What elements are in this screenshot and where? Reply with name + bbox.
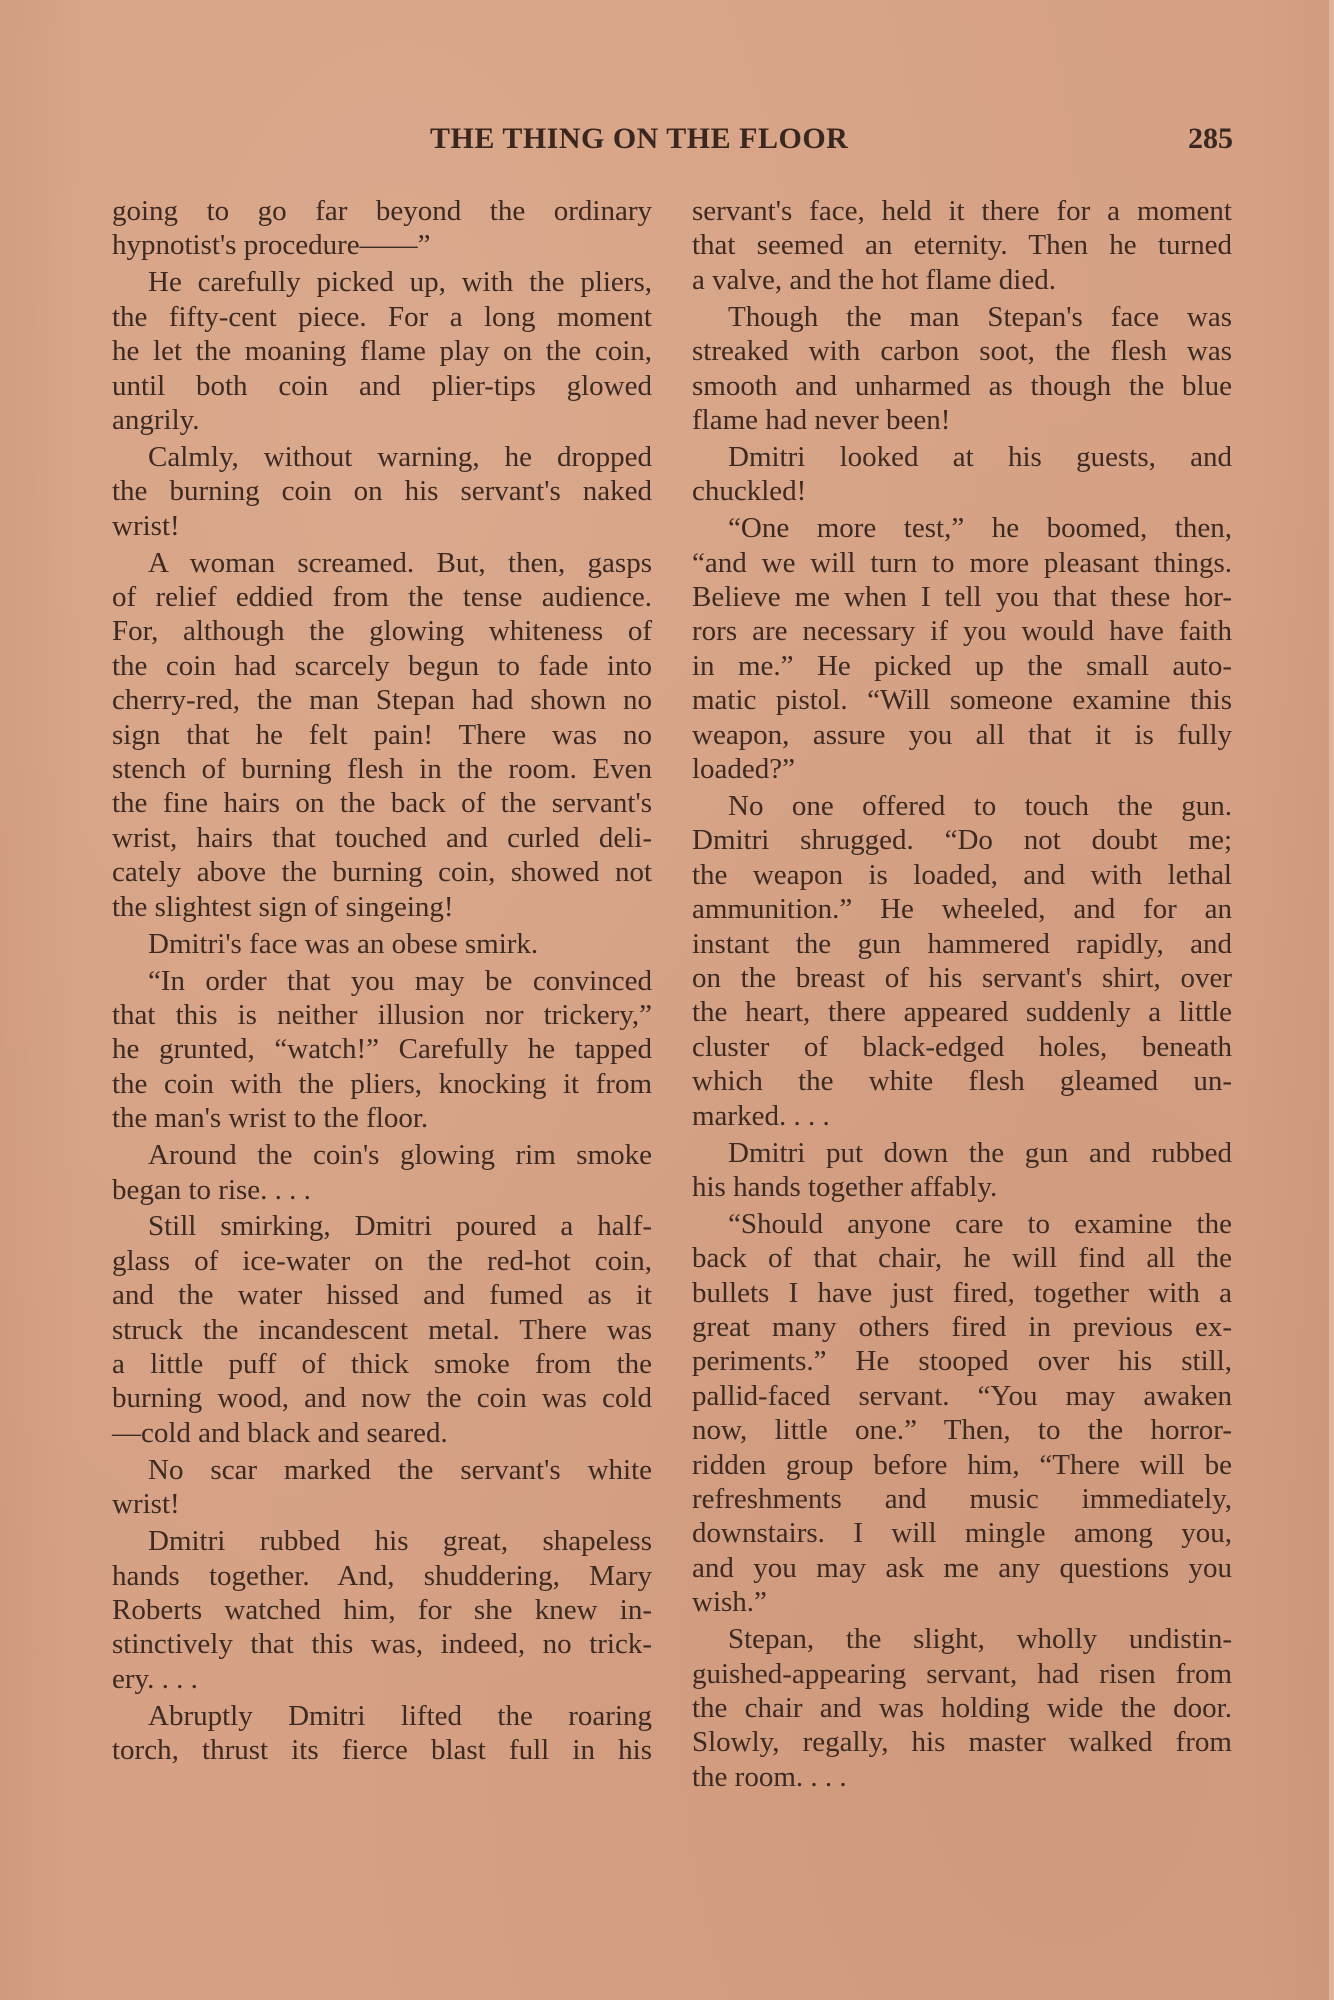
text-line: periments.” He stooped over his still, [692,1344,1232,1378]
text-line: sign that he felt pain! There was no [112,718,652,752]
text-line: Still smirking, Dmitri poured a half- [112,1209,652,1243]
text-line: on the breast of his servant's shirt, ov… [692,961,1232,995]
text-line: the heart, there appeared suddenly a lit… [692,995,1232,1029]
running-title: THE THING ON THE FLOOR [430,122,848,156]
text-line: stinctively that this was, indeed, no tr… [112,1627,652,1661]
text-line: Abruptly Dmitri lifted the roaring [112,1699,652,1733]
text-line: No scar marked the servant's white [112,1453,652,1487]
right-column: servant's face, held it there for a mome… [692,194,1232,1797]
text-line: stench of burning flesh in the room. Eve… [112,752,652,786]
text-line: downstairs. I will mingle among you, [692,1516,1232,1550]
paragraph: Dmitri put down the gun and rubbedhis ha… [692,1136,1232,1205]
text-line: hands together. And, shuddering, Mary [112,1559,652,1593]
text-line: guished-appearing servant, had risen fro… [692,1657,1232,1691]
text-line: the fine hairs on the back of the servan… [112,786,652,820]
text-line: He carefully picked up, with the pliers, [112,265,652,299]
paragraph: Dmitri rubbed his great, shapelesshands … [112,1524,652,1696]
text-line: bullets I have just fired, together with… [692,1276,1232,1310]
text-line: Believe me when I tell you that these ho… [692,580,1232,614]
paragraph: Calmly, without warning, he droppedthe b… [112,440,652,543]
text-line: wrist! [112,509,652,543]
text-line: the slightest sign of singeing! [112,890,652,924]
paragraph: Though the man Stepan's face wasstreaked… [692,300,1232,438]
text-line: Though the man Stepan's face was [692,300,1232,334]
text-line: Slowly, regally, his master walked from [692,1725,1232,1759]
text-line: glass of ice-water on the red-hot coin, [112,1244,652,1278]
text-line: his hands together affably. [692,1170,1232,1204]
text-line: burning wood, and now the coin was cold [112,1381,652,1415]
text-line: Calmly, without warning, he dropped [112,440,652,474]
text-line: and the water hissed and fumed as it [112,1278,652,1312]
text-line: “Should anyone care to examine the [692,1207,1232,1241]
text-line: he let the moaning flame play on the coi… [112,334,652,368]
text-line: going to go far beyond the ordinary [112,194,652,228]
page-number: 285 [1188,122,1233,156]
paragraph: Abruptly Dmitri lifted the roaringtorch,… [112,1699,652,1768]
text-line: Dmitri looked at his guests, and [692,440,1232,474]
text-line: “One more test,” he boomed, then, [692,511,1232,545]
text-line: No one offered to touch the gun. [692,789,1232,823]
text-line: Dmitri's face was an obese smirk. [112,927,652,961]
paragraph: Still smirking, Dmitri poured a half-gla… [112,1209,652,1450]
text-line: pallid-faced servant. “You may awaken [692,1379,1232,1413]
book-page: THE THING ON THE FLOOR 285 going to go f… [0,0,1329,2000]
text-line: great many others fired in previous ex- [692,1310,1232,1344]
paragraph: No one offered to touch the gun.Dmitri s… [692,789,1232,1133]
text-line: cherry-red, the man Stepan had shown no [112,683,652,717]
text-line: back of that chair, he will find all the [692,1241,1232,1275]
text-line: servant's face, held it there for a mome… [692,194,1232,228]
running-head: THE THING ON THE FLOOR 285 [112,122,1233,166]
text-line: of relief eddied from the tense audience… [112,580,652,614]
text-line: now, little one.” Then, to the horror- [692,1413,1232,1447]
text-line: the man's wrist to the floor. [112,1101,652,1135]
text-line: marked. . . . [692,1099,1232,1133]
paragraph: No scar marked the servant's whitewrist! [112,1453,652,1522]
text-line: ery. . . . [112,1662,652,1696]
text-line: loaded?” [692,752,1232,786]
text-line: weapon, assure you all that it is fully [692,718,1232,752]
text-line: he grunted, “watch!” Carefully he tapped [112,1032,652,1066]
text-line: cluster of black-edged holes, beneath [692,1030,1232,1064]
paragraph: A woman screamed. But, then, gaspsof rel… [112,546,652,924]
text-line: matic pistol. “Will someone examine this [692,683,1232,717]
paragraph: “One more test,” he boomed, then,“and we… [692,511,1232,786]
text-line: ammunition.” He wheeled, and for an [692,892,1232,926]
paragraph: Around the coin's glowing rim smokebegan… [112,1138,652,1207]
text-line: Stepan, the slight, wholly undistin- [692,1622,1232,1656]
paragraph: Stepan, the slight, wholly undistin-guis… [692,1622,1232,1794]
text-line: struck the incandescent metal. There was [112,1313,652,1347]
text-line: which the white flesh gleamed un- [692,1064,1232,1098]
paragraph: servant's face, held it there for a mome… [692,194,1232,297]
text-line: the room. . . . [692,1760,1232,1794]
text-line: wrist! [112,1487,652,1521]
text-line: the coin had scarcely begun to fade into [112,649,652,683]
text-line: —cold and black and seared. [112,1416,652,1450]
text-line: instant the gun hammered rapidly, and [692,927,1232,961]
text-line: that this is neither illusion nor tricke… [112,998,652,1032]
text-line: smooth and unharmed as though the blue [692,369,1232,403]
text-line: Roberts watched him, for she knew in- [112,1593,652,1627]
text-line: that seemed an eternity. Then he turned [692,228,1232,262]
text-line: flame had never been! [692,403,1232,437]
text-line: “In order that you may be convinced [112,964,652,998]
text-line: “and we will turn to more pleasant thing… [692,546,1232,580]
text-line: until both coin and plier-tips glowed [112,369,652,403]
text-line: the chair and was holding wide the door. [692,1691,1232,1725]
text-line: rors are necessary if you would have fai… [692,614,1232,648]
text-line: the fifty-cent piece. For a long moment [112,300,652,334]
text-line: A woman screamed. But, then, gasps [112,546,652,580]
text-line: the coin with the pliers, knocking it fr… [112,1067,652,1101]
text-line: wish.” [692,1585,1232,1619]
text-line: the burning coin on his servant's naked [112,474,652,508]
text-line: refreshments and music immediately, [692,1482,1232,1516]
text-line: torch, thrust its fierce blast full in h… [112,1733,652,1767]
text-line: Dmitri put down the gun and rubbed [692,1136,1232,1170]
text-line: For, although the glowing whiteness of [112,614,652,648]
paragraph: He carefully picked up, with the pliers,… [112,265,652,437]
text-line: and you may ask me any questions you [692,1551,1232,1585]
paragraph: Dmitri looked at his guests, andchuckled… [692,440,1232,509]
text-line: in me.” He picked up the small auto- [692,649,1232,683]
text-line: cately above the burning coin, showed no… [112,855,652,889]
text-line: began to rise. . . . [112,1173,652,1207]
text-line: a valve, and the hot flame died. [692,263,1232,297]
text-line: wrist, hairs that touched and curled del… [112,821,652,855]
paragraph: “Should anyone care to examine theback o… [692,1207,1232,1620]
text-line: Dmitri shrugged. “Do not doubt me; [692,823,1232,857]
text-line: the weapon is loaded, and with lethal [692,858,1232,892]
text-line: angrily. [112,403,652,437]
text-line: streaked with carbon soot, the flesh was [692,334,1232,368]
text-line: ridden group before him, “There will be [692,1448,1232,1482]
text-line: chuckled! [692,474,1232,508]
paragraph: going to go far beyond the ordinaryhypno… [112,194,652,263]
text-line: Dmitri rubbed his great, shapeless [112,1524,652,1558]
left-column: going to go far beyond the ordinaryhypno… [112,194,652,1770]
text-line: Around the coin's glowing rim smoke [112,1138,652,1172]
text-line: a little puff of thick smoke from the [112,1347,652,1381]
paragraph: “In order that you may be convincedthat … [112,964,652,1136]
text-line: hypnotist's procedure——” [112,228,652,262]
paragraph: Dmitri's face was an obese smirk. [112,927,652,961]
